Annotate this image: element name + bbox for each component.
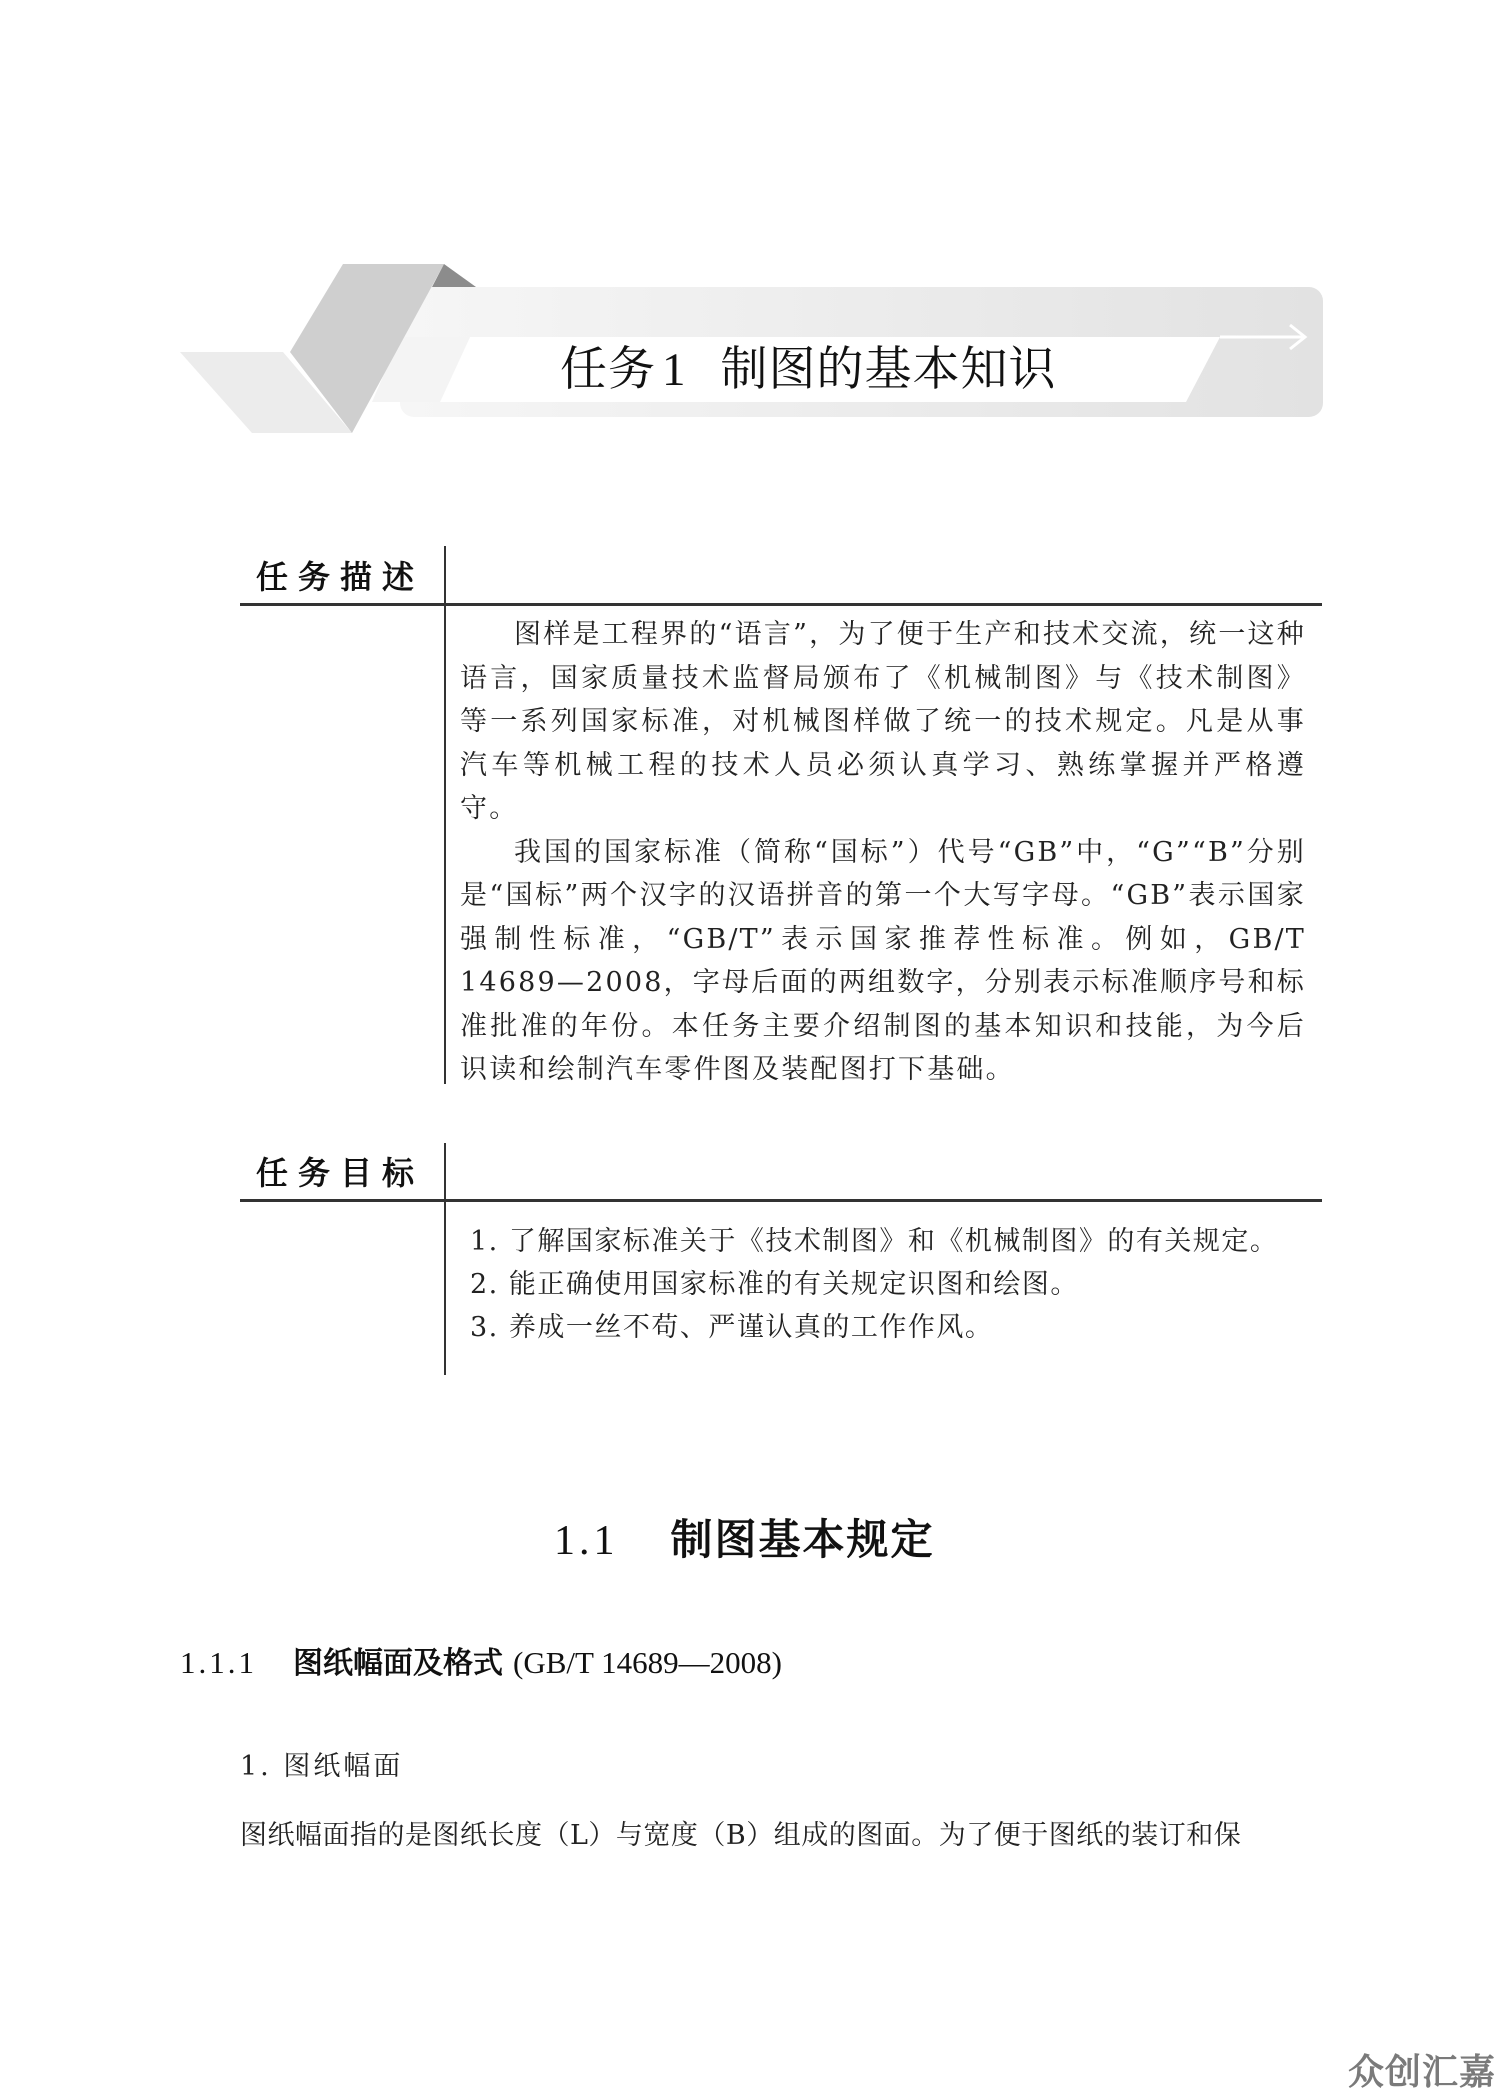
task-goals-heading: 任务目标	[256, 1148, 424, 1194]
section-title: 制图基本规定	[671, 1515, 935, 1564]
description-paragraph: 我国的国家标准（简称“国标”）代号“GB”中，“G”“B”分别是“国标”两个汉字…	[460, 831, 1306, 1092]
subsection-standard: (GB/T 14689—2008)	[513, 1645, 782, 1680]
subsection-title: 图纸幅面及格式	[293, 1646, 503, 1681]
goal-item: 2. 能正确使用国家标准的有关规定识图和绘图。	[470, 1263, 1330, 1306]
section-heading: 1.1制图基本规定	[554, 1512, 935, 1569]
subsection-number: 1.1.1	[180, 1645, 257, 1680]
watermark-logo: 众创汇嘉	[1348, 2052, 1496, 2094]
item-heading: 1. 图纸幅面	[240, 1748, 403, 1786]
description-paragraph: 图样是工程界的“语言”，为了便于生产和技术交流，统一这种语言，国家质量技术监督局…	[460, 613, 1306, 831]
subsection-heading: 1.1.1图纸幅面及格式(GB/T 14689—2008)	[180, 1641, 782, 1686]
task-description-rule	[240, 603, 1322, 606]
task-number: 1	[662, 344, 687, 396]
task-title-text: 制图的基本知识	[721, 342, 1057, 397]
task-goals-list: 1. 了解国家标准关于《技术制图》和《机械制图》的有关规定。 2. 能正确使用国…	[470, 1220, 1330, 1349]
task-description-body: 图样是工程界的“语言”，为了便于生产和技术交流，统一这种语言，国家质量技术监督局…	[460, 613, 1306, 1092]
task-description-heading: 任务描述	[256, 552, 424, 598]
task-goals-divider	[444, 1143, 446, 1375]
task-label: 任务	[560, 342, 656, 397]
task-banner: 任务1制图的基本知识	[0, 0, 1504, 460]
goal-item: 1. 了解国家标准关于《技术制图》和《机械制图》的有关规定。	[470, 1220, 1330, 1263]
body-paragraph: 图纸幅面指的是图纸长度（L）与宽度（B）组成的图面。为了便于图纸的装订和保	[240, 1816, 1325, 1856]
task-description-divider	[444, 546, 446, 1084]
task-title: 任务1制图的基本知识	[560, 337, 1160, 403]
section-number: 1.1	[554, 1518, 619, 1564]
task-goals-rule	[240, 1199, 1322, 1202]
goal-item: 3. 养成一丝不苟、严谨认真的工作作风。	[470, 1306, 1330, 1349]
